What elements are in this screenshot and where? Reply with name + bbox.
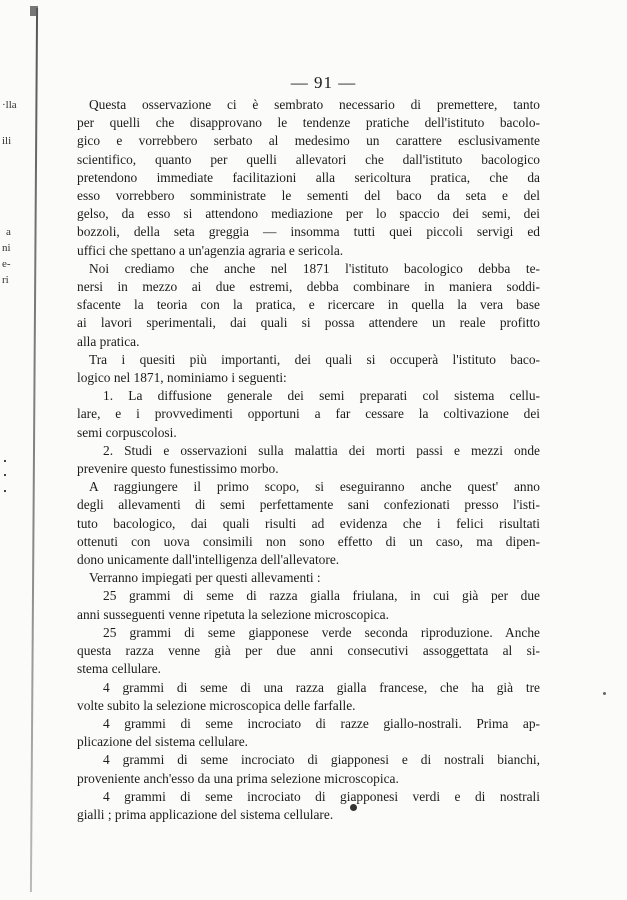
margin-fragment: ·lla [2, 99, 17, 111]
text-line: 2. Studi e osservazioni sulla malattia d… [77, 442, 540, 460]
text-line: bozzoli, della seta greggia — insomma tu… [77, 223, 540, 241]
text-line: logico nel 1871, nominiamo i seguenti: [77, 369, 540, 387]
text-line: scientifico, quanto per quelli allevator… [77, 151, 540, 169]
margin-fragment: ni [2, 242, 11, 254]
text-line: sfacente la teoria con la pratica, e ric… [77, 296, 540, 314]
page-gutter-edge [30, 8, 38, 892]
text-line: gialli ; prima applicazione del sistema … [77, 806, 540, 824]
text-line: volte subito la selezione microscopica d… [77, 697, 540, 715]
margin-dot [4, 460, 6, 462]
text-line: uffici che spettano a un'agenzia agraria… [77, 242, 540, 260]
margin-fragment: ili [2, 135, 11, 147]
text-line: plicazione del sistema cellulare. [77, 733, 540, 751]
text-line: 4 grammi di seme di una razza gialla fra… [77, 679, 540, 697]
text-line: semi corpuscolosi. [77, 424, 540, 442]
body-text: Questa osservazione ci è sembrato necess… [77, 96, 540, 824]
text-line: 25 grammi di seme giapponese verde secon… [77, 624, 540, 642]
text-line: per quelli che disapprovano le tendenze … [77, 114, 540, 132]
ink-speck [603, 692, 606, 695]
text-line: stema cellulare. [77, 660, 540, 678]
text-line: Noi crediamo che anche nel 1871 l'istitu… [77, 260, 540, 278]
text-line: dono unicamente dall'intelligenza dell'a… [77, 551, 540, 569]
text-line: pretendono immediate facilitazioni alla … [77, 169, 540, 187]
text-line: proveniente anch'esso da una prima selez… [77, 770, 540, 788]
text-line: lare, e i provvedimenti opportuni a far … [77, 405, 540, 423]
text-line: ai lavori sperimentali, dai quali si pos… [77, 314, 540, 332]
text-line: 1. La diffusione generale dei semi prepa… [77, 387, 540, 405]
text-line: gelso, da esso si attendono mediazione p… [77, 205, 540, 223]
text-line: esso vorrebbero somministrate le sementi… [77, 187, 540, 205]
margin-fragment: e- [2, 258, 11, 270]
text-line: Questa osservazione ci è sembrato necess… [77, 96, 540, 114]
text-line: alla pratica. [77, 333, 540, 351]
text-line: tuto bacologico, dai quali risulti ad ev… [77, 515, 540, 533]
page-number: — 91 — [0, 73, 627, 93]
text-line: nersi in mezzo ai due estremi, debba com… [77, 278, 540, 296]
text-line: ottenuti con uova consimili non sono eff… [77, 533, 540, 551]
text-line: Verranno impiegati per questi allevament… [77, 569, 540, 587]
ink-speck [350, 804, 357, 811]
text-line: 4 grammi di seme incrociato di giappones… [77, 788, 540, 806]
text-line: questa razza venne già per due anni cons… [77, 642, 540, 660]
text-line: A raggiungere il primo scopo, si eseguir… [77, 478, 540, 496]
text-line: 4 grammi di seme incrociato di razze gia… [77, 715, 540, 733]
text-line: 4 grammi di seme incrociato di giappones… [77, 751, 540, 769]
text-line: prevenire questo funestissimo morbo. [77, 460, 540, 478]
margin-fragment: a [6, 226, 11, 238]
margin-dot [4, 474, 6, 476]
margin-fragment: ri [2, 274, 9, 286]
text-line: anni susseguenti venne ripetuta la selez… [77, 606, 540, 624]
text-line: 25 grammi di seme di razza gialla friula… [77, 587, 540, 605]
margin-dot [4, 490, 6, 492]
text-line: degli allevamenti di semi perfettamente … [77, 496, 540, 514]
text-line: Tra i quesiti più importanti, dei quali … [77, 351, 540, 369]
text-line: gico e vorrebbero serbato al medesimo un… [77, 132, 540, 150]
